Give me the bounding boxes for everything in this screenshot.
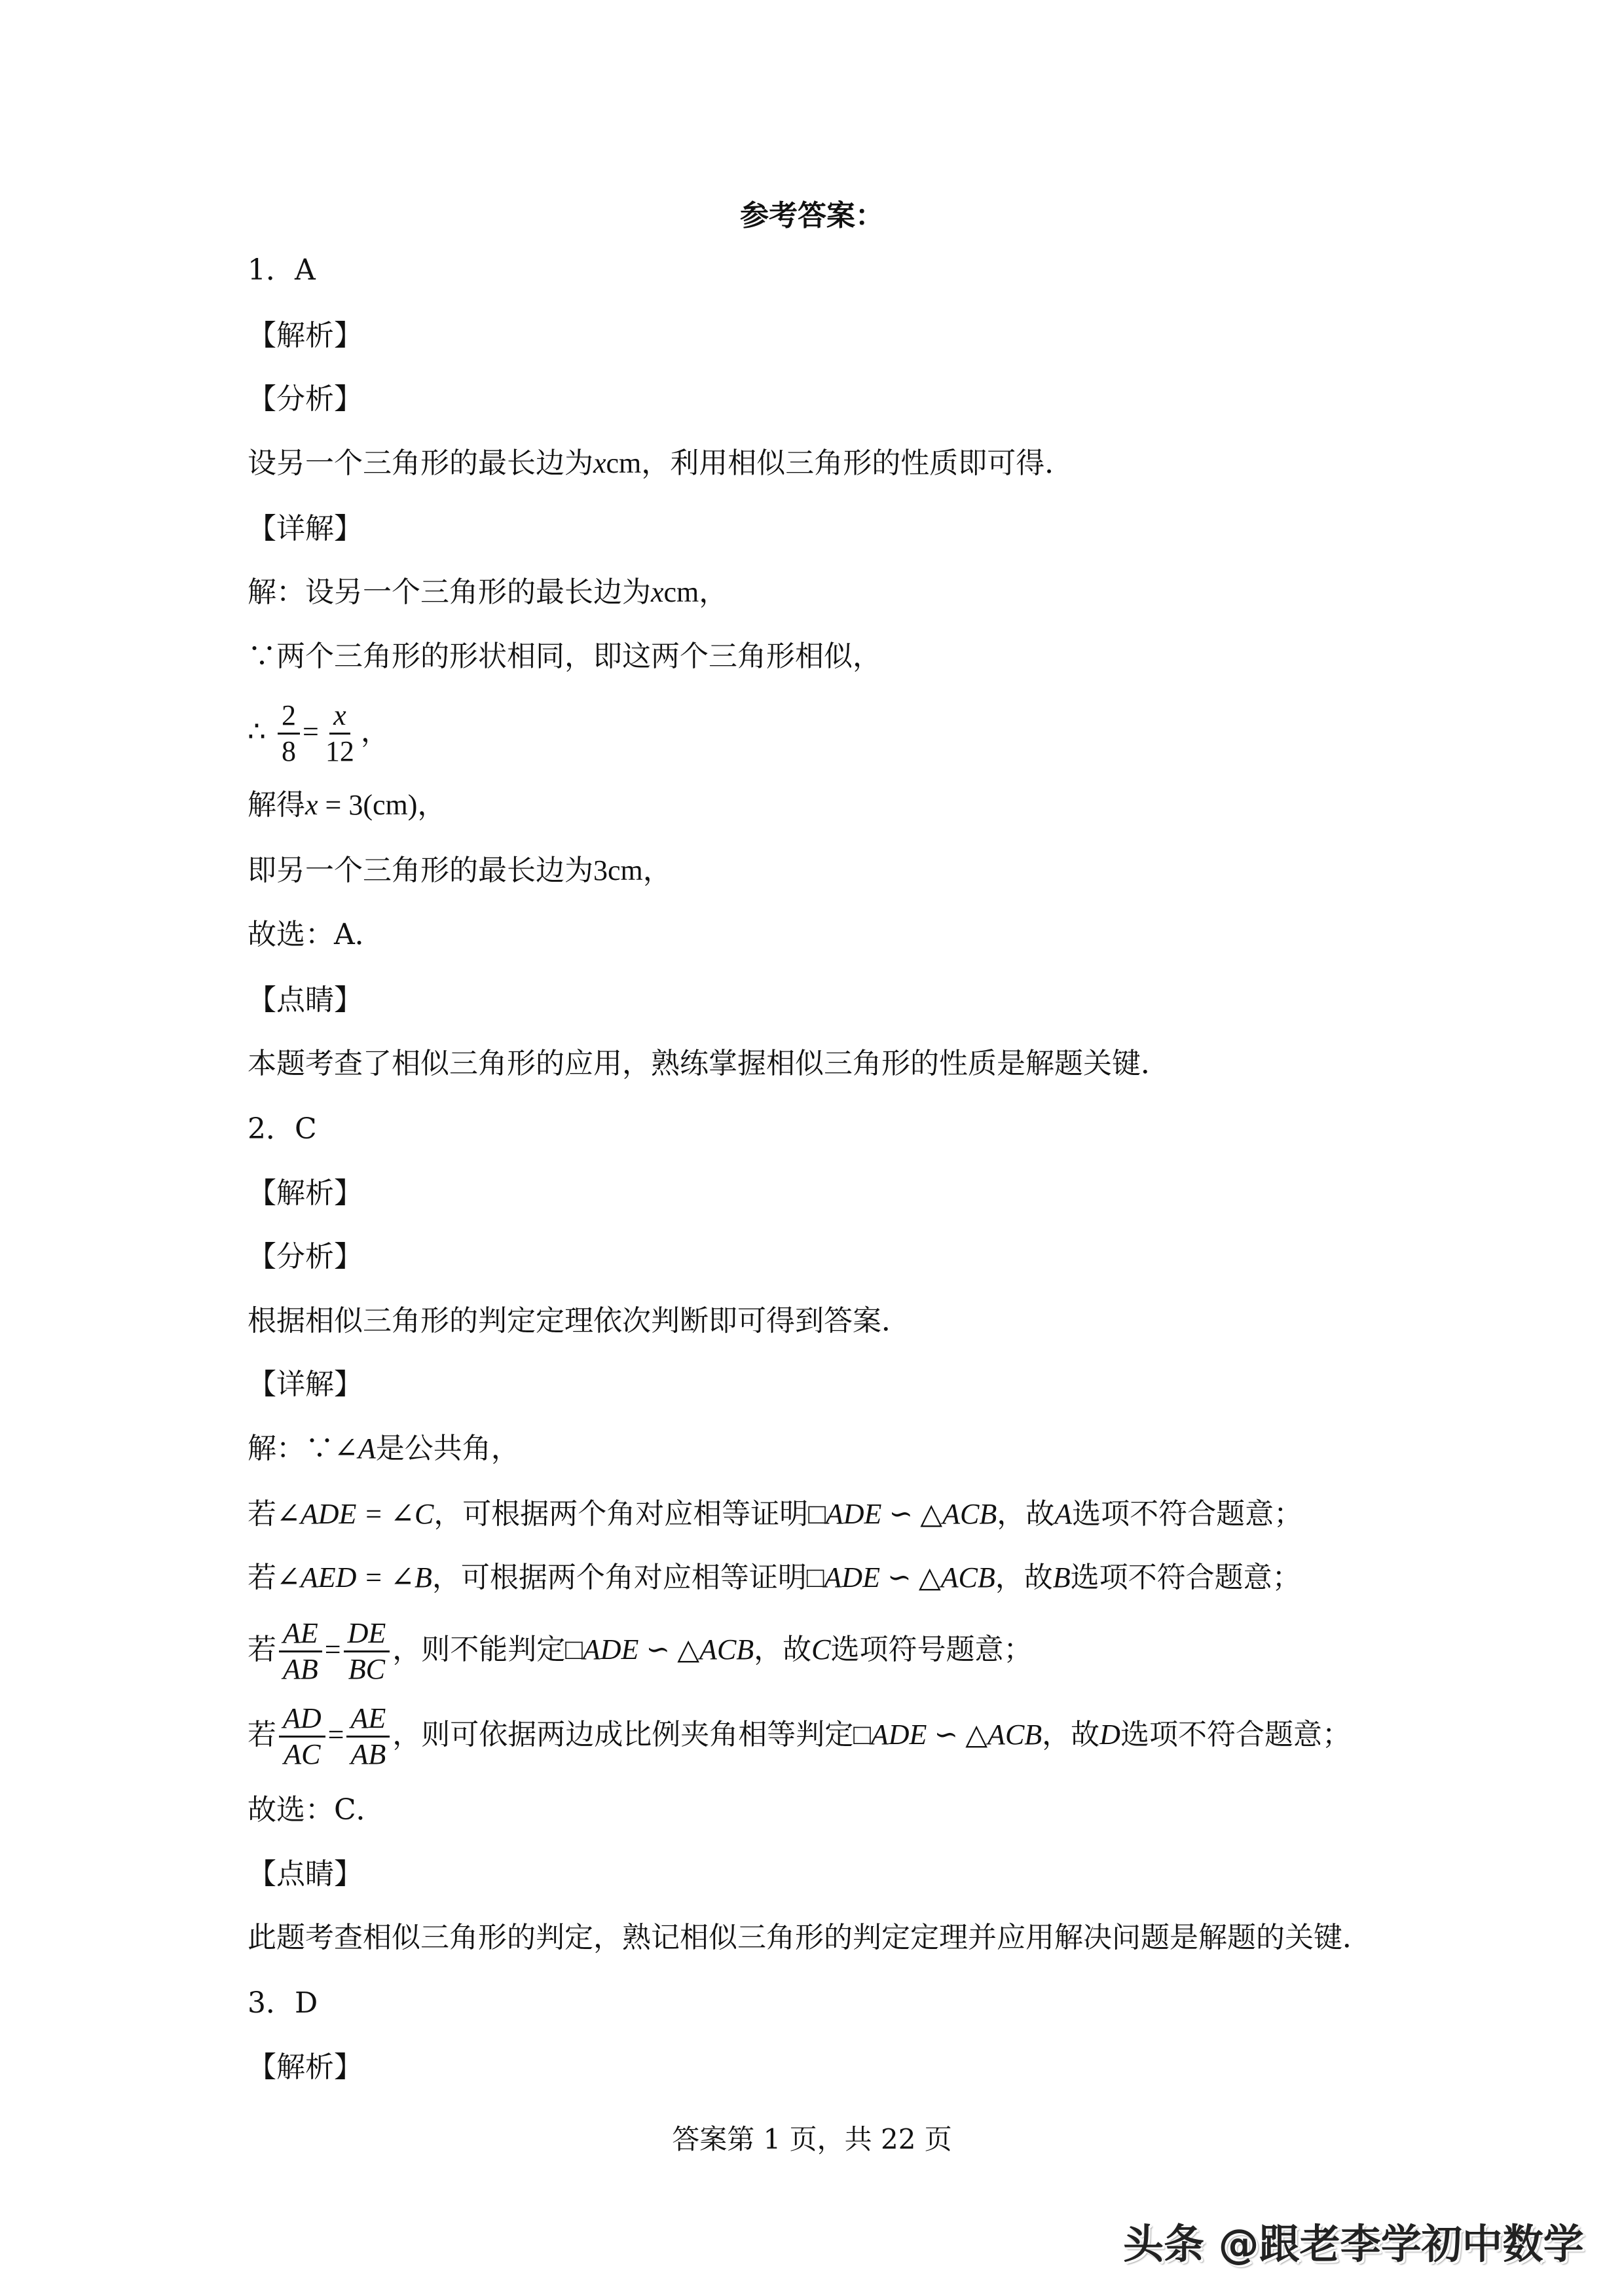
frac-numerator: 2 bbox=[278, 699, 300, 735]
q2-stepB-mid: ，可根据两个角对应相等证明 bbox=[432, 1561, 807, 1594]
q1-step4: 解得x = 3(cm)， bbox=[248, 786, 446, 825]
q1-answer: 1．A bbox=[248, 251, 316, 290]
q2-stepD-post1: ，故 bbox=[1042, 1718, 1099, 1751]
q2-stepD-opt: D bbox=[1099, 1719, 1120, 1751]
fraction-de-over-bc: DEBC bbox=[344, 1616, 390, 1686]
q2-stepD-post2: 选项不符合题意； bbox=[1120, 1718, 1351, 1751]
q2-stepB-opt: B bbox=[1053, 1561, 1071, 1594]
q1-analysis-unit: cm bbox=[606, 447, 642, 479]
q2-tag-jiexi: 【解析】 bbox=[248, 1174, 363, 1213]
frac-denominator: AB bbox=[279, 1652, 322, 1686]
q1-analysis-post: ，利用相似三角形的性质即可得． bbox=[641, 446, 1073, 480]
q2-answer: 2．C bbox=[248, 1110, 317, 1149]
q1-step1-var: x bbox=[651, 576, 664, 608]
watermark: 头条 @跟老李学初中数学 bbox=[1123, 2218, 1584, 2270]
q2-step1-math: ∠A bbox=[334, 1432, 376, 1465]
q2-stepD-pre: 若 bbox=[248, 1718, 276, 1751]
q2-stepB-post2: 选项不符合题意； bbox=[1071, 1561, 1301, 1594]
q2-step1-pre: 解：∵ bbox=[248, 1432, 334, 1465]
q2-tag-fenxi: 【分析】 bbox=[248, 1237, 363, 1277]
q1-comment: 本题考查了相似三角形的应用，熟练掌握相似三角形的性质是解题关键． bbox=[248, 1044, 1170, 1084]
q1-analysis-var: x bbox=[593, 447, 606, 479]
frac-denominator: AB bbox=[346, 1738, 390, 1772]
q2-stepA-post2: 选项不符合题意； bbox=[1072, 1497, 1302, 1531]
q2-step1-post: 是公共角， bbox=[376, 1432, 520, 1465]
q1-tag-xiangjie: 【详解】 bbox=[248, 509, 363, 549]
q3-tag-jiexi: 【解析】 bbox=[248, 2048, 363, 2087]
q2-stepA-mid: ，可根据两个角对应相等证明 bbox=[434, 1497, 808, 1531]
q2-stepA-pre: 若 bbox=[248, 1497, 276, 1531]
q2-stepC-pre: 若 bbox=[248, 1633, 276, 1666]
q1-step1-pre: 解：设另一个三角形的最长边为 bbox=[248, 575, 651, 609]
q1-step5-pre: 即另一个三角形的最长边为 bbox=[248, 854, 593, 887]
q1-choice: 故选：A． bbox=[248, 915, 384, 955]
frac-numerator: DE bbox=[344, 1616, 390, 1652]
fraction-ae-over-ab: AEAB bbox=[279, 1616, 322, 1686]
q2-stepC-post1: ，故 bbox=[754, 1633, 811, 1666]
frac-numerator: AD bbox=[279, 1702, 325, 1738]
q2-stepC-opt: C bbox=[811, 1633, 830, 1666]
q2-tag-xiangjie: 【详解】 bbox=[248, 1365, 363, 1404]
q2-stepD-mid: ，则可依据两边成比例夹角相等判定 bbox=[392, 1718, 853, 1751]
q2-stepB-tri: □ADE ∽ △ACB bbox=[807, 1561, 995, 1594]
fraction-x-over-12: x12 bbox=[322, 699, 358, 769]
q1-tag-fenxi: 【分析】 bbox=[248, 380, 363, 419]
q1-analysis-pre: 设另一个三角形的最长边为 bbox=[248, 446, 593, 480]
q2-step-b: 若∠AED = ∠B，可根据两个角对应相等证明□ADE ∽ △ACB，故B选项不… bbox=[248, 1558, 1301, 1597]
q1-step1: 解：设另一个三角形的最长边为xcm， bbox=[248, 573, 728, 612]
q1-step4-post: ， bbox=[417, 788, 446, 822]
frac-numerator: x bbox=[329, 699, 350, 735]
q1-analysis: 设另一个三角形的最长边为xcm，利用相似三角形的性质即可得． bbox=[248, 444, 1073, 483]
comma: ， bbox=[361, 715, 390, 748]
q2-stepB-pre: 若 bbox=[248, 1561, 276, 1594]
q1-step5: 即另一个三角形的最长边为3cm， bbox=[248, 851, 672, 890]
page-footer: 答案第 1 页，共 22 页 bbox=[0, 2121, 1624, 2158]
q2-tag-dianjing: 【点睛】 bbox=[248, 1855, 363, 1894]
q2-stepB-math: ∠AED = ∠B bbox=[276, 1561, 432, 1594]
frac-denominator: AC bbox=[280, 1738, 324, 1772]
page-title: 参考答案： bbox=[0, 196, 1624, 236]
fraction-2-over-8: 28 bbox=[278, 699, 300, 769]
q2-comment: 此题考查相似三角形的判定，熟记相似三角形的判定定理并应用解决问题是解题的关键． bbox=[248, 1918, 1371, 1958]
q2-step-a: 若∠ADE = ∠C，可根据两个角对应相等证明□ADE ∽ △ACB，故A选项不… bbox=[248, 1495, 1302, 1534]
q2-analysis: 根据相似三角形的判定定理依次判断即可得到答案． bbox=[248, 1302, 910, 1341]
q2-stepA-post1: ，故 bbox=[997, 1497, 1054, 1531]
q1-step2: ∵两个三角形的形状相同，即这两个三角形相似， bbox=[248, 637, 881, 676]
frac-numerator: AE bbox=[346, 1702, 390, 1738]
fraction-ad-over-ac: ADAC bbox=[279, 1702, 325, 1772]
q2-stepB-post1: ，故 bbox=[995, 1561, 1053, 1594]
equals-sign: = bbox=[303, 716, 319, 748]
q1-step4-pre: 解得 bbox=[248, 788, 305, 822]
q2-stepA-tri: □ADE ∽ △ACB bbox=[808, 1498, 997, 1530]
q1-step5-val: 3cm bbox=[593, 854, 643, 886]
equals-sign: = bbox=[328, 1719, 344, 1751]
q2-stepC-tri: □ADE ∽ △ACB bbox=[565, 1633, 754, 1666]
q2-stepD-tri: □ADE ∽ △ACB bbox=[853, 1719, 1042, 1751]
q2-stepC-mid: ，则不能判定 bbox=[392, 1633, 565, 1666]
q2-step-d: 若ADAC=AEAB，则可依据两边成比例夹角相等判定□ADE ∽ △ACB，故D… bbox=[248, 1697, 1351, 1773]
q2-step-c: 若AEAB=DEBC，则不能判定□ADE ∽ △ACB，故C选项符号题意； bbox=[248, 1612, 1033, 1688]
q3-answer: 3．D bbox=[248, 1984, 318, 2023]
q1-step4-var: x bbox=[305, 789, 318, 821]
frac-denominator: 12 bbox=[322, 735, 358, 769]
q2-choice: 故选：C． bbox=[248, 1791, 385, 1830]
frac-numerator: AE bbox=[279, 1616, 322, 1652]
q2-stepA-opt: A bbox=[1054, 1498, 1072, 1530]
q1-tag-dianjing: 【点睛】 bbox=[248, 981, 363, 1020]
q2-step1: 解：∵∠A是公共角， bbox=[248, 1429, 520, 1468]
q2-stepA-math: ∠ADE = ∠C bbox=[276, 1498, 434, 1530]
q1-step3-equation: ∴ 28=x12， bbox=[248, 694, 390, 770]
q2-stepC-post2: 选项符号题意； bbox=[831, 1633, 1033, 1666]
equals-sign: = bbox=[325, 1633, 341, 1666]
frac-denominator: 8 bbox=[278, 735, 300, 769]
q1-step5-post: ， bbox=[643, 854, 672, 887]
q1-tag-jiexi: 【解析】 bbox=[248, 316, 363, 355]
frac-denominator: BC bbox=[344, 1652, 389, 1686]
fraction-ae-over-ab: AEAB bbox=[346, 1702, 390, 1772]
q1-step1-unit: cm bbox=[664, 576, 699, 608]
q1-step1-post: ， bbox=[699, 575, 728, 609]
q1-step4-eq: = 3(cm) bbox=[318, 789, 418, 821]
therefore-symbol: ∴ bbox=[248, 715, 266, 748]
